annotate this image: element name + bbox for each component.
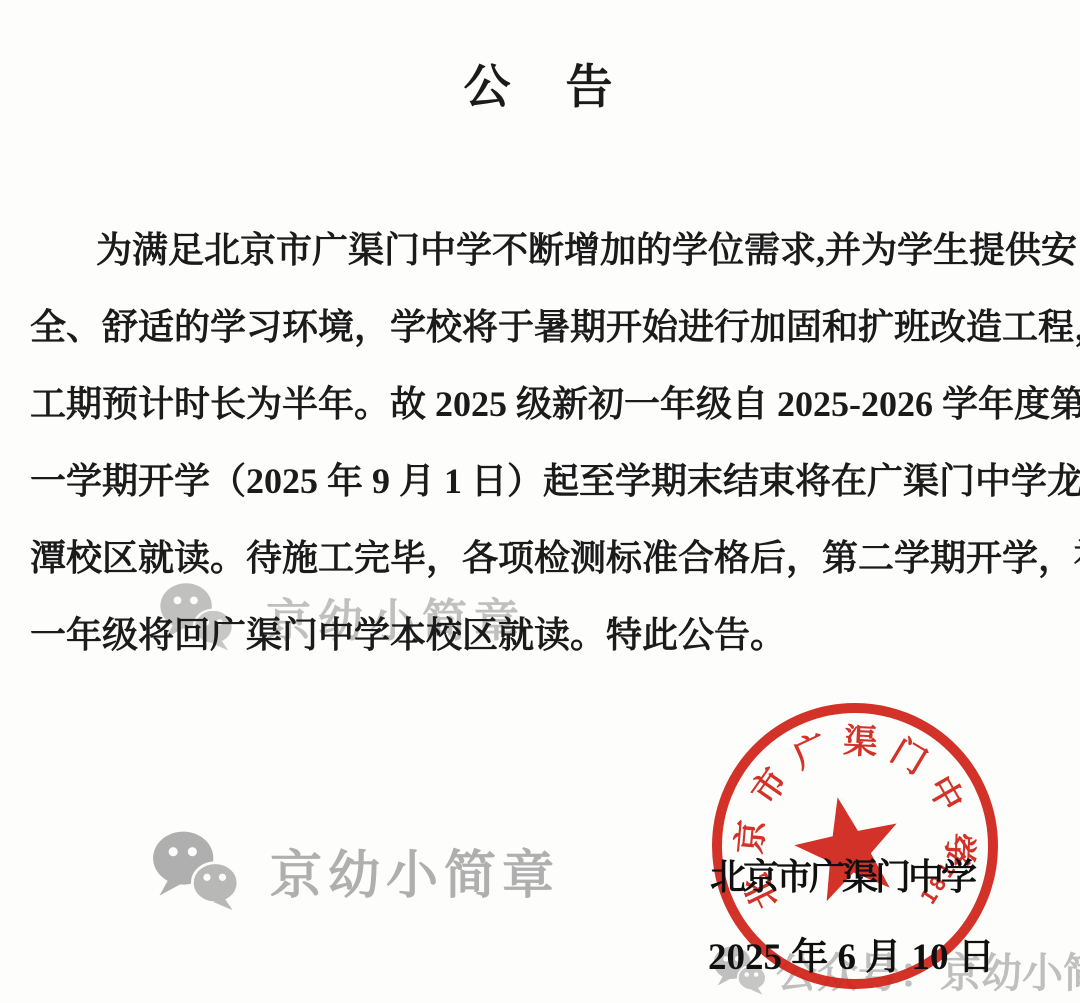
seal-char: 中 xyxy=(920,770,970,818)
wechat-icon xyxy=(150,828,242,912)
announcement-body: 为满足北京市广渠门中学不断增加的学位需求,并为学生提供安 全、舒适的学习环境，学… xyxy=(30,212,1050,674)
body-line: 潭校区就读。待施工完毕，各项检测标准合格后，第二学期开学，初 xyxy=(30,520,1050,597)
seal-char: 市 xyxy=(744,762,795,812)
document-date: 2025 年 6 月 10 日 xyxy=(708,926,995,980)
seal-char: 门 xyxy=(884,732,933,782)
announcement-document: 公 告 京幼小简章 为满足北京市广渠门中学不断增加的学位需求,并为学生提供安 全… xyxy=(0,0,1080,1003)
watermark-bottom-left: 京幼小简章 xyxy=(150,828,560,912)
body-line: 一学期开学（2025 年 9 月 1 日）起至学期末结束将在广渠门中学龙 xyxy=(30,443,1050,520)
seal-char: 渠 xyxy=(842,722,878,762)
body-line: 为满足北京市广渠门中学不断增加的学位需求,并为学生提供安 xyxy=(30,212,1050,289)
body-line: 工期预计时长为半年。故 2025 级新初一年级自 2025-2026 学年度第 xyxy=(30,366,1050,443)
seal-char: 广 xyxy=(788,727,835,776)
signature: 北京市广渠门中学 xyxy=(710,849,974,900)
body-line: 全、舒适的学习环境，学校将于暑期开始进行加固和扩班改造工程， xyxy=(30,289,1050,366)
watermark-brand-text: 京幼小简章 xyxy=(270,833,560,908)
page-title: 公 告 xyxy=(0,50,1080,117)
body-line: 一年级将回广渠门中学本校区就读。特此公告。 xyxy=(30,597,1050,674)
